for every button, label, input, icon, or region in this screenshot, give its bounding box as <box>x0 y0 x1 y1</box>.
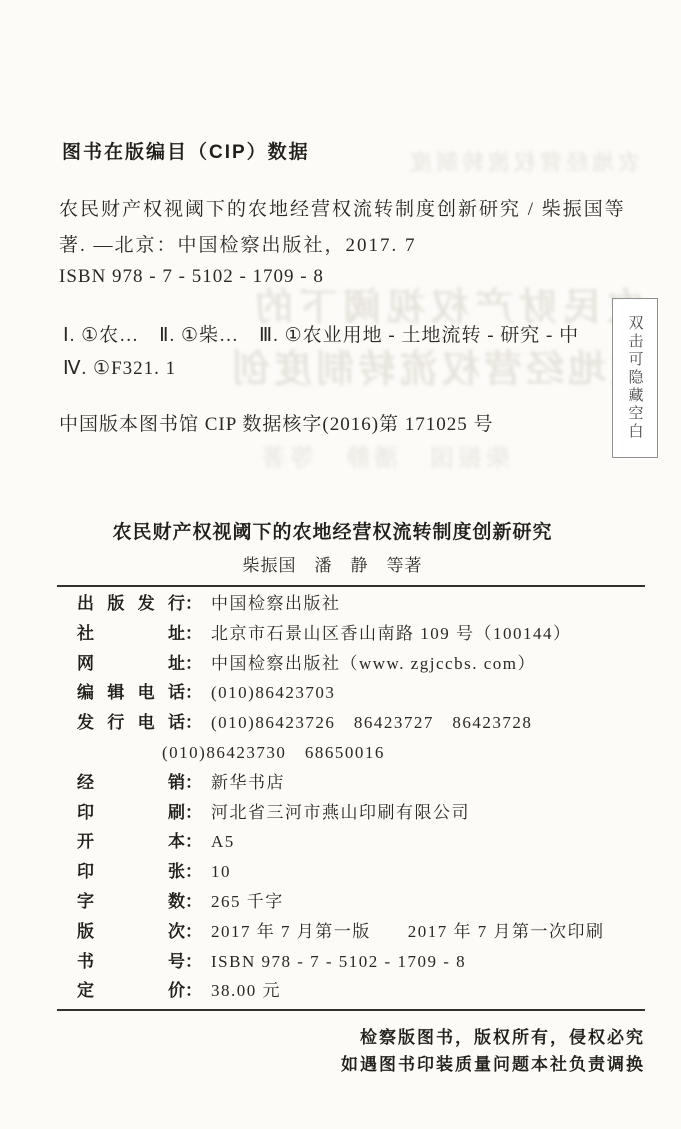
row-label: 社址 <box>77 619 185 649</box>
row-label: 印张 <box>77 857 185 887</box>
row-label: 出版发行 <box>77 589 185 619</box>
hide-blank-tab[interactable]: 双击可隐藏空白 <box>612 298 658 458</box>
cip-entry-line2: 著. —北京：中国检察出版社，2017. 7 <box>59 230 417 257</box>
publication-info-row: (010)86423730 68650016 <box>77 738 637 768</box>
row-label: 印刷 <box>77 798 185 828</box>
cip-heading: 图书在版编目（CIP）数据 <box>62 137 310 164</box>
row-colon: ： <box>185 624 202 643</box>
publication-info-row: 印张：10 <box>77 857 637 887</box>
row-value: 新华书店 <box>211 773 285 792</box>
divider-top <box>57 585 645 587</box>
cip-classification-line1: Ⅰ. ①农… Ⅱ. ①柴… Ⅲ. ①农业用地 - 土地流转 - 研究 - 中 <box>63 320 579 347</box>
row-label: 编辑电话 <box>77 678 185 708</box>
publication-info-table: 出版发行：中国检察出版社社址：北京市石景山区香山南路 109 号（100144）… <box>77 589 637 1006</box>
copyright-notice: 检察版图书，版权所有，侵权必究 <box>360 1023 645 1048</box>
row-colon: ： <box>185 713 202 732</box>
row-value: (010)86423726 86423727 86423728 <box>211 713 532 732</box>
bleedthrough-text: 柴振国 潘静 等著 <box>250 438 510 473</box>
row-label: 开本 <box>77 827 185 857</box>
row-colon: ： <box>185 683 202 702</box>
book-title: 农民财产权视阈下的农地经营权流转制度创新研究 <box>0 517 665 544</box>
row-label: 经销 <box>77 768 185 798</box>
publication-info-row: 出版发行：中国检察出版社 <box>77 589 637 619</box>
book-authors: 柴振国 潘 静 等著 <box>0 551 665 576</box>
row-colon: ： <box>185 654 202 673</box>
row-label: 定价 <box>77 976 185 1006</box>
row-colon: ： <box>185 832 202 851</box>
publication-info-row: 字数：265 千字 <box>77 887 637 917</box>
row-value: 河北省三河市燕山印刷有限公司 <box>211 803 470 822</box>
row-value: 中国检察出版社（www. zgjccbs. com） <box>211 654 536 673</box>
cip-entry-line1: 农民财产权视阈下的农地经营权流转制度创新研究 / 柴振国等 <box>59 194 626 221</box>
row-label: 版次 <box>77 917 185 947</box>
publication-info-row: 网址：中国检察出版社（www. zgjccbs. com） <box>77 649 637 679</box>
isbn-line: ISBN 978 - 7 - 5102 - 1709 - 8 <box>59 266 324 288</box>
row-value: (010)86423730 68650016 <box>162 743 385 762</box>
bleedthrough-text: 农地经营权流转制度 <box>340 146 640 177</box>
publication-info-row: 经销：新华书店 <box>77 768 637 798</box>
publication-info-row: 编辑电话：(010)86423703 <box>77 678 637 708</box>
publication-info-row: 版次：2017 年 7 月第一版 2017 年 7 月第一次印刷 <box>77 917 637 947</box>
cip-record-number: 中国版本图书馆 CIP 数据核字(2016)第 171025 号 <box>59 409 494 436</box>
publication-info-row: 开本：A5 <box>77 827 637 857</box>
row-value: (010)86423703 <box>211 683 335 702</box>
divider-bottom <box>57 1009 645 1011</box>
row-value: 10 <box>211 862 231 881</box>
publication-info-row: 社址：北京市石景山区香山南路 109 号（100144） <box>77 619 637 649</box>
row-value: A5 <box>211 832 235 851</box>
publication-info-row: 书号：ISBN 978 - 7 - 5102 - 1709 - 8 <box>77 947 637 977</box>
scanned-page: 农地经营权流转制度 农民财产权视阈下的 农地经营权流转制度创新 柴振国 潘静 等… <box>0 0 681 1129</box>
row-colon: ： <box>185 594 202 613</box>
row-label: 发行电话 <box>77 708 185 738</box>
row-colon: ： <box>185 862 202 881</box>
publication-info-row: 定价：38.00 元 <box>77 976 637 1006</box>
publication-info-row: 印刷：河北省三河市燕山印刷有限公司 <box>77 798 637 828</box>
row-value: 265 千字 <box>211 892 284 911</box>
row-label: 字数 <box>77 887 185 917</box>
row-colon: ： <box>185 981 202 1000</box>
row-value: 2017 年 7 月第一版 2017 年 7 月第一次印刷 <box>211 922 605 941</box>
row-value: 中国检察出版社 <box>211 594 341 613</box>
quality-notice: 如遇图书印装质量问题本社负责调换 <box>341 1050 645 1075</box>
row-value: 北京市石景山区香山南路 109 号（100144） <box>211 624 572 643</box>
row-colon: ： <box>185 773 202 792</box>
row-colon: ： <box>185 803 202 822</box>
publication-info-row: 发行电话：(010)86423726 86423727 86423728 <box>77 708 637 738</box>
row-colon: ： <box>185 952 202 971</box>
row-value: 38.00 元 <box>211 981 281 1000</box>
row-label: 网址 <box>77 649 185 679</box>
row-colon: ： <box>185 922 202 941</box>
cip-classification-line2: Ⅳ. ①F321. 1 <box>63 357 176 380</box>
row-colon: ： <box>185 892 202 911</box>
row-label: 书号 <box>77 947 185 977</box>
row-value: ISBN 978 - 7 - 5102 - 1709 - 8 <box>211 952 466 971</box>
